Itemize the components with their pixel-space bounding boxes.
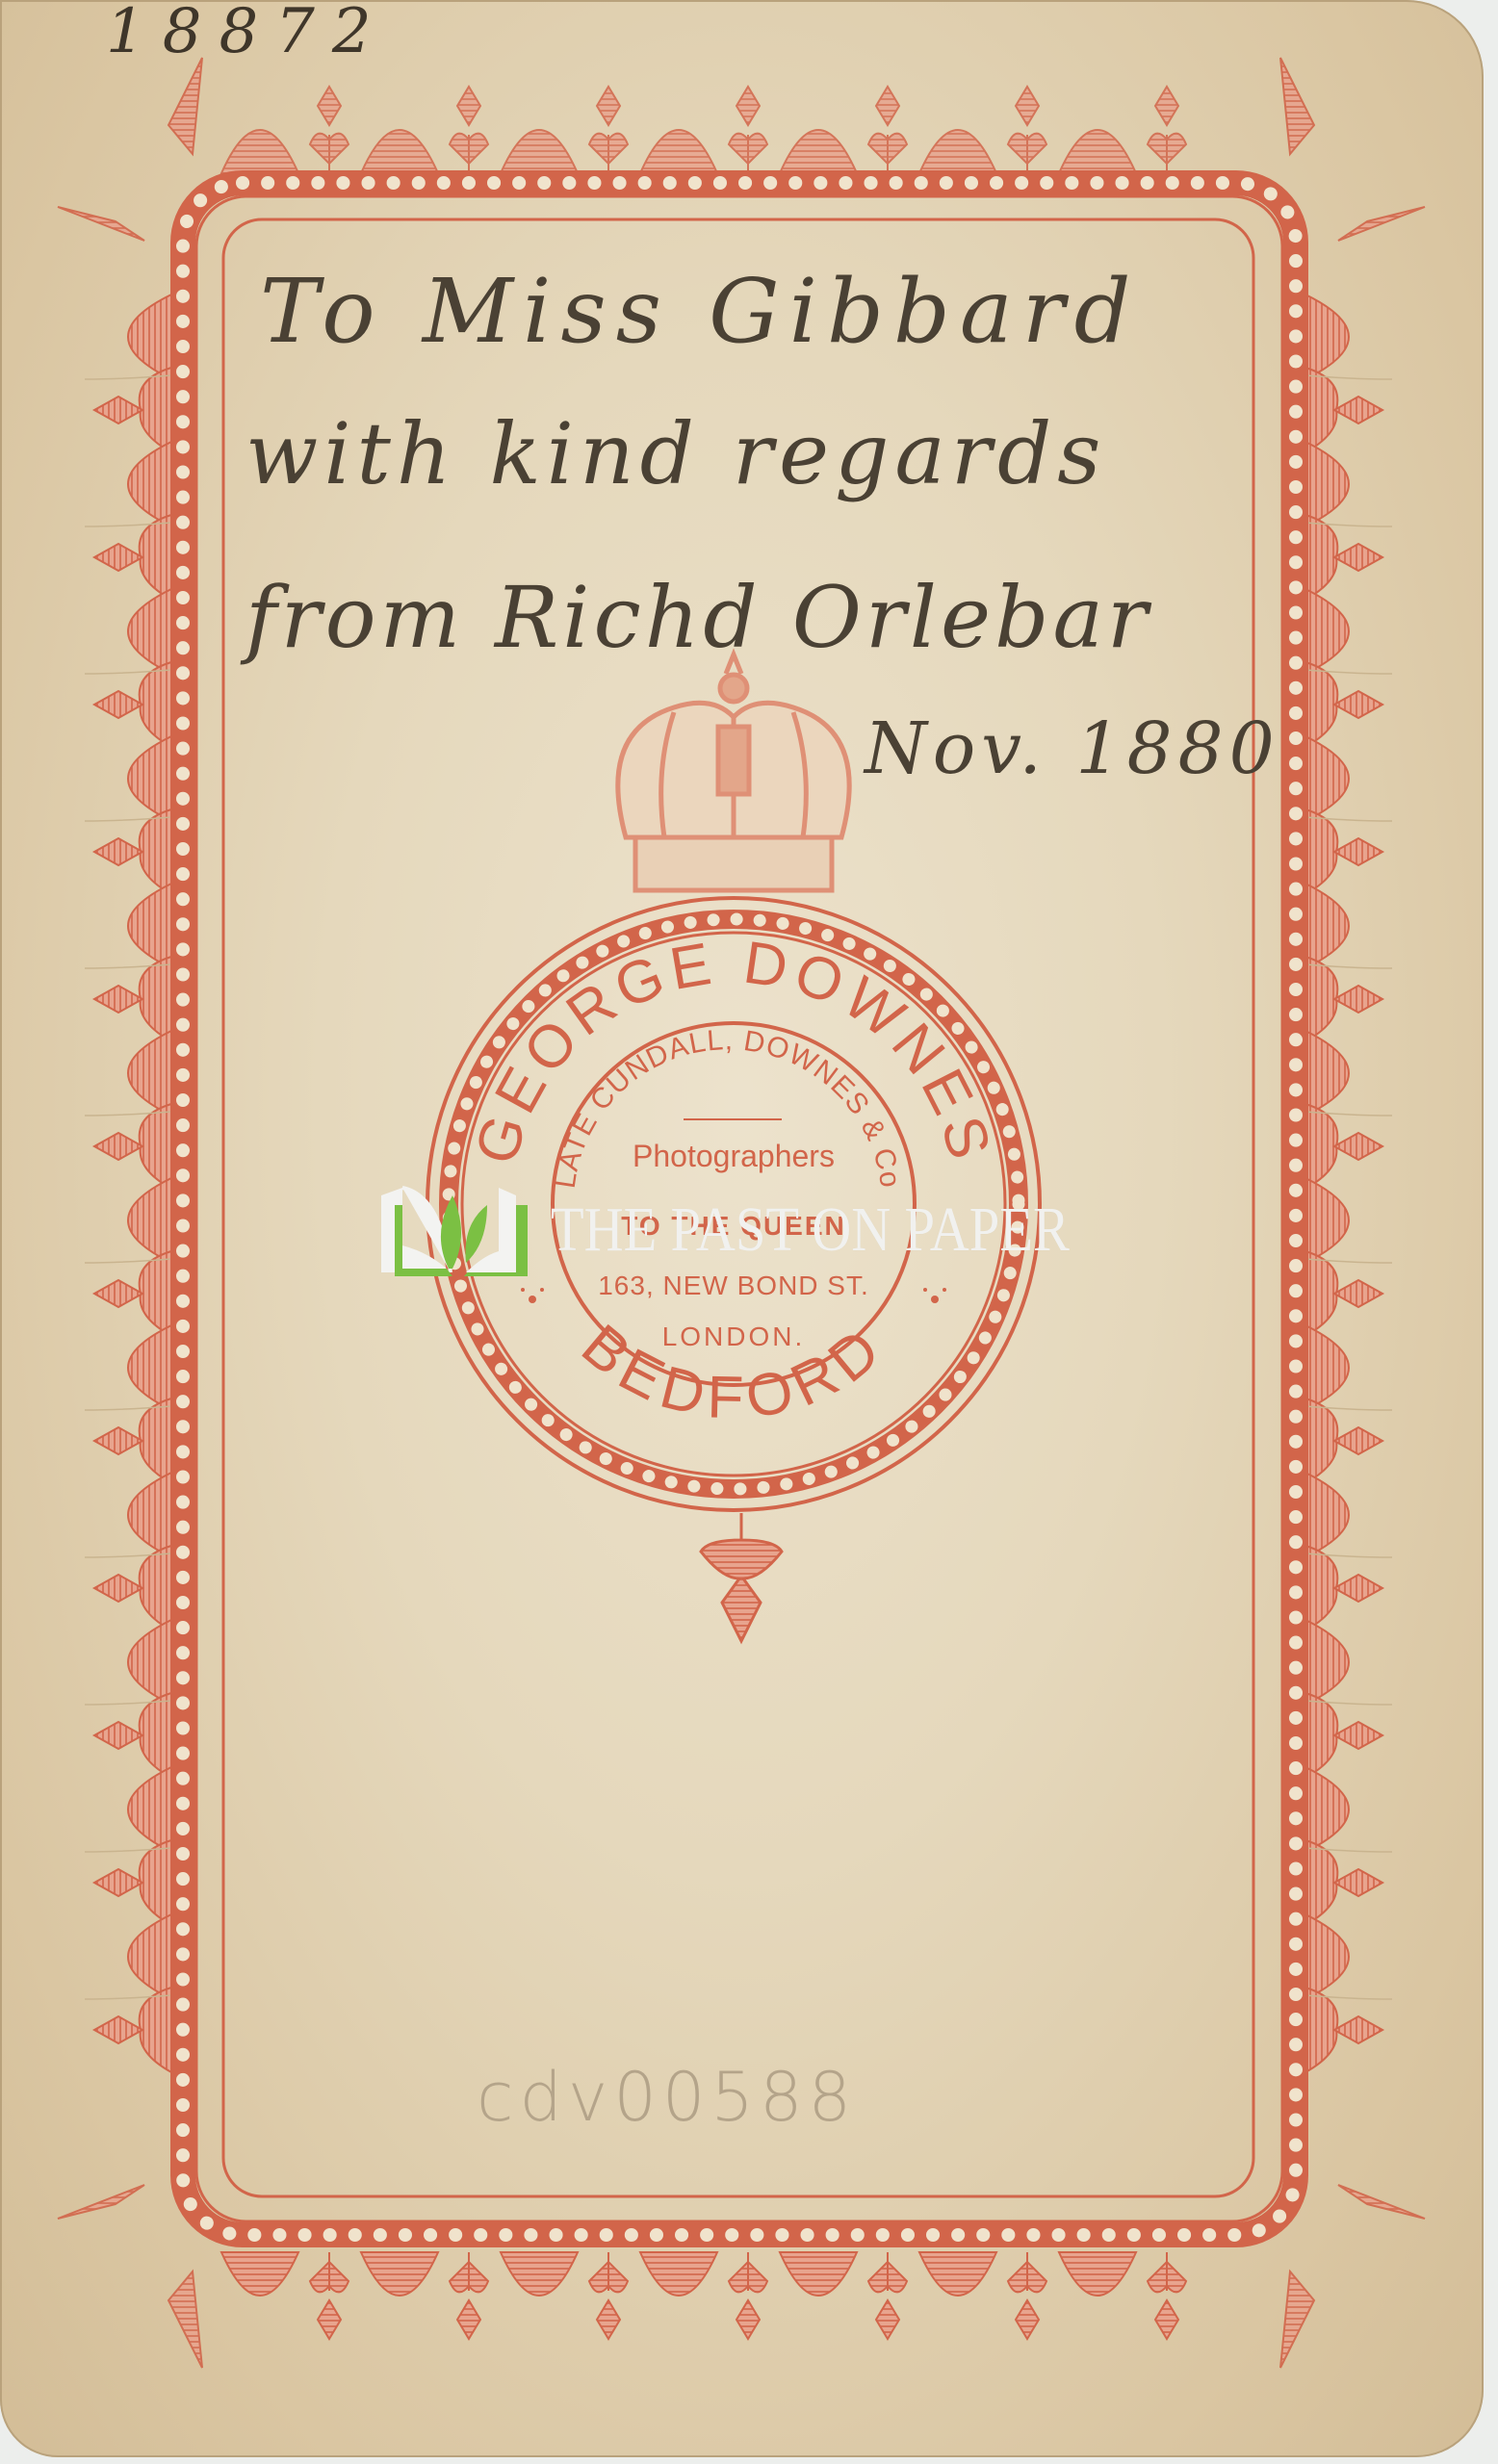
inscription-line-3: from Richd Orlebar [245,568,1151,667]
cdv-card-back: GEORGE DOWNES BEDFORD LATE CUNDALL, DOWN… [0,0,1484,2457]
archive-reference: cdv00588 [477,2058,857,2137]
svg-text:Photographers: Photographers [633,1139,835,1173]
inscription-line-1: To Miss Gibbard [260,260,1141,363]
top-ornament-row [221,87,1186,173]
right-ornament-column [1305,295,1392,2072]
open-book-leaf-icon [374,1176,537,1284]
inscription-date: Nov. 1880 [865,707,1280,790]
royal-crown [618,654,849,890]
inscription-line-2: with kind regards [245,404,1106,503]
watermark-text: THE PAST ON PAPER [551,1198,1070,1262]
bottom-ornament-row [221,2252,1186,2339]
pencil-number-top: 18872 [106,0,389,67]
watermark: THE PAST ON PAPER [374,1176,1154,1284]
left-ornament-column [85,295,171,2072]
svg-text:LONDON.: LONDON. [662,1322,806,1351]
